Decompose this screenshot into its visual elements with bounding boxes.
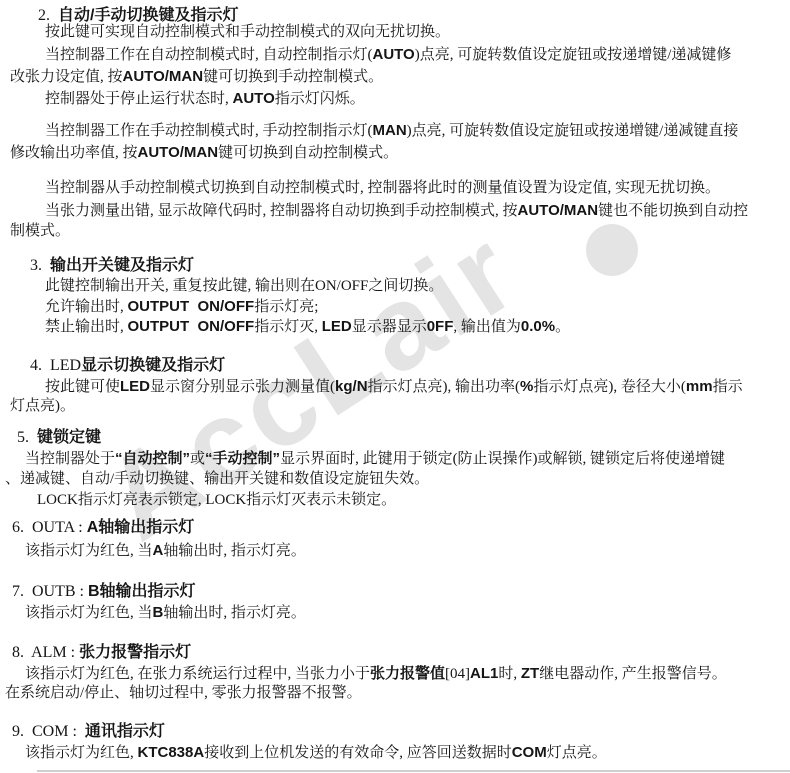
body-text: 3. <box>30 257 50 274</box>
body-text: 当控制器从手动控制模式切换到自动控制模式时, 控制器将此时的测量值设置为设定值,… <box>45 180 720 196</box>
body-text: 轴输出时, 指示灯亮。 <box>163 543 306 559</box>
body-text: 在系统启动/停止、轴切过程中, 零张力报警器不报警。 <box>5 685 362 701</box>
section-4-heading: 4. LED显示切换键及指示灯 <box>30 356 225 375</box>
emphasis-text: 输出开关键及指示灯 <box>50 257 194 274</box>
body-text: 此键控制输出开关, 重复按此键, 输出则在ON/OFF之间切换。 <box>45 278 443 294</box>
emphasis-text: 0.0% <box>521 318 555 335</box>
body-text: 指示 <box>713 379 743 395</box>
emphasis-text: COM <box>512 744 547 761</box>
body-text: 该指示灯为红色, 在张力系统运行过程中, 当张力小于 <box>25 666 370 682</box>
body-text: 显示器显示 <box>352 319 427 335</box>
body-text: 当控制器工作在手动控制模式时, 手动控制指示灯( <box>45 123 373 139</box>
emphasis-text: A轴输出指示灯 <box>87 519 195 536</box>
emphasis-text: “手动控制” <box>205 450 280 467</box>
body-text: 键也不能切换到自动控 <box>598 203 748 219</box>
section-3-line-1: 此键控制输出开关, 重复按此键, 输出则在ON/OFF之间切换。 <box>45 277 443 296</box>
emphasis-text: AUTO <box>233 90 275 107</box>
body-text: 。 <box>555 319 570 335</box>
body-text: 当控制器工作在自动控制模式时, 自动控制指示灯( <box>45 47 373 63</box>
body-text: 显示窗分别显示张力测量值( <box>150 379 335 395</box>
body-text: 制模式。 <box>10 223 70 239</box>
emphasis-text: OUTPUT ON/OFF <box>128 298 255 315</box>
emphasis-text: AL1 <box>470 665 498 682</box>
body-text: 禁止输出时, <box>45 319 128 335</box>
body-text: 指示灯点亮), 输出功率( <box>368 379 521 395</box>
emphasis-text: AUTO/MAN <box>518 202 599 219</box>
section-2-line-8: 当张力测量出错, 显示故障代码时, 控制器将自动切换到手动控制模式, 按AUTO… <box>45 201 748 221</box>
body-text: 按此键可实现自动控制模式和手动控制模式的双向无扰切换。 <box>45 24 450 40</box>
body-text: 8. ALM : <box>12 644 79 661</box>
body-text: )点亮, 可旋转数值设定旋钮或按递增键/递减键修 <box>415 47 732 63</box>
body-text: 当控制器处于 <box>25 451 115 467</box>
section-8-heading: 8. ALM : 张力报警指示灯 <box>12 643 191 662</box>
emphasis-text: 通讯指示灯 <box>85 723 165 740</box>
body-text: 改张力设定值, 按 <box>10 69 123 85</box>
body-text: 该指示灯为红色, 当 <box>25 543 153 559</box>
section-6-line-1: 该指示灯为红色, 当A轴输出时, 指示灯亮。 <box>25 541 306 561</box>
emphasis-text: A <box>153 542 164 559</box>
body-text: 该指示灯为红色, <box>25 745 138 761</box>
body-text: 接收到上位机发送的有效命令, 应答回送数据时 <box>204 745 512 761</box>
section-9-line-1: 该指示灯为红色, KTC838A接收到上位机发送的有效命令, 应答回送数据时CO… <box>25 743 607 763</box>
section-8-line-2: 在系统启动/停止、轴切过程中, 零张力报警器不报警。 <box>5 684 362 703</box>
emphasis-text: AUTO/MAN <box>123 68 204 85</box>
body-text: 9. COM : <box>12 723 85 740</box>
section-2-line-3: 改张力设定值, 按AUTO/MAN键可切换到手动控制模式。 <box>10 67 383 87</box>
body-text: [04] <box>445 666 470 682</box>
section-3-heading: 3. 输出开关键及指示灯 <box>30 256 194 275</box>
emphasis-text: 张力报警值 <box>370 665 445 682</box>
body-text: 按此键可使 <box>45 379 120 395</box>
section-6-heading: 6. OUTA : A轴输出指示灯 <box>12 518 194 537</box>
emphasis-text: MAN <box>373 122 407 139</box>
section-5-line-1: 当控制器处于“自动控制”或“手动控制”显示界面时, 此键用于锁定(防止误操作)或… <box>25 449 725 469</box>
section-4-line-2: 灯点亮)。 <box>10 397 75 416</box>
emphasis-text: AUTO <box>373 46 415 63</box>
section-7-heading: 7. OUTB : B轴输出指示灯 <box>12 582 196 601</box>
section-2-line-9: 制模式。 <box>10 222 70 241</box>
body-text: 灯点亮。 <box>547 745 607 761</box>
body-text: 7. OUTB : <box>12 583 88 600</box>
emphasis-text: KTC838A <box>138 744 205 761</box>
emphasis-text: 键锁定键 <box>37 429 101 446</box>
section-7-line-1: 该指示灯为红色, 当B轴输出时, 指示灯亮。 <box>25 603 306 623</box>
emphasis-text: AUTO/MAN <box>138 144 219 161</box>
body-text: 5. <box>17 429 37 446</box>
emphasis-text: LED <box>120 378 150 395</box>
section-2-line-2: 当控制器工作在自动控制模式时, 自动控制指示灯(AUTO)点亮, 可旋转数值设定… <box>45 45 731 65</box>
section-5-line-3: LOCK指示灯亮表示锁定, LOCK指示灯灭表示未锁定。 <box>37 491 396 510</box>
section-2-line-7: 当控制器从手动控制模式切换到自动控制模式时, 控制器将此时的测量值设置为设定值,… <box>45 179 720 198</box>
body-text: 当张力测量出错, 显示故障代码时, 控制器将自动切换到手动控制模式, 按 <box>45 203 518 219</box>
body-text: 时, <box>498 666 521 682</box>
body-text: LOCK指示灯亮表示锁定, LOCK指示灯灭表示未锁定。 <box>37 492 396 508</box>
section-2-line-5: 当控制器工作在手动控制模式时, 手动控制指示灯(MAN)点亮, 可旋转数值设定旋… <box>45 121 738 141</box>
page-bottom-rule <box>37 770 790 772</box>
body-text: 该指示灯为红色, 当 <box>25 605 153 621</box>
body-text: 键可切换到手动控制模式。 <box>203 69 383 85</box>
section-3-line-2: 允许输出时, OUTPUT ON/OFF指示灯亮; <box>45 297 318 317</box>
body-text: 或 <box>190 451 205 467</box>
section-3-line-3: 禁止输出时, OUTPUT ON/OFF指示灯灭, LED显示器显示0FF, 输… <box>45 317 570 337</box>
section-9-heading: 9. COM : 通讯指示灯 <box>12 722 165 741</box>
body-text: 指示灯点亮), 卷径大小( <box>533 379 686 395</box>
body-text: , 输出值为 <box>453 319 521 335</box>
body-text: 6. OUTA : <box>12 519 87 536</box>
section-2-line-6: 修改输出功率值, 按AUTO/MAN键可切换到自动控制模式。 <box>10 143 398 163</box>
section-4-line-1: 按此键可使LED显示窗分别显示张力测量值(kg/N指示灯点亮), 输出功率(%指… <box>45 377 743 397</box>
body-text: 显示界面时, 此键用于锁定(防止误操作)或解锁, 键锁定后将使递增键 <box>280 451 725 467</box>
emphasis-text: 0FF <box>427 318 454 335</box>
body-text: 控制器处于停止运行状态时, <box>45 91 233 107</box>
emphasis-text: ZT <box>521 665 539 682</box>
manual-document-page: AccLair 2. 自动/手动切换键及指示灯按此键可实现自动控制模式和手动控制… <box>0 0 790 773</box>
body-text: 轴输出时, 指示灯亮。 <box>163 605 306 621</box>
emphasis-text: 自动/手动切换键及指示灯 <box>58 7 238 24</box>
body-text: 指示灯亮; <box>254 299 318 315</box>
watermark-dot-icon <box>586 224 638 276</box>
section-2-line-1: 按此键可实现自动控制模式和手动控制模式的双向无扰切换。 <box>45 23 450 42</box>
body-text: 继电器动作, 产生报警信号。 <box>539 666 727 682</box>
emphasis-text: LED <box>322 318 352 335</box>
emphasis-text: % <box>520 378 533 395</box>
body-text: 指示灯闪烁。 <box>275 91 365 107</box>
body-text: 键可切换到自动控制模式。 <box>218 145 398 161</box>
emphasis-text: B <box>153 604 164 621</box>
body-text: 4. LED <box>30 357 81 374</box>
section-5-heading: 5. 键锁定键 <box>17 428 101 447</box>
body-text: 灯点亮)。 <box>10 398 75 414</box>
emphasis-text: mm <box>686 378 713 395</box>
section-8-line-1: 该指示灯为红色, 在张力系统运行过程中, 当张力小于张力报警值[04]AL1时,… <box>25 664 727 684</box>
emphasis-text: “自动控制” <box>115 450 190 467</box>
body-text: 修改输出功率值, 按 <box>10 145 138 161</box>
body-text: 、递减键、自动/手动切换键、输出开关键和数值设定旋钮失效。 <box>5 471 429 487</box>
body-text: 允许输出时, <box>45 299 128 315</box>
emphasis-text: kg/N <box>335 378 368 395</box>
section-2-line-4: 控制器处于停止运行状态时, AUTO指示灯闪烁。 <box>45 89 365 109</box>
section-5-line-2: 、递减键、自动/手动切换键、输出开关键和数值设定旋钮失效。 <box>5 470 429 489</box>
body-text: )点亮, 可旋转数值设定旋钮或按递增键/递减键直接 <box>407 123 739 139</box>
body-text: 指示灯灭, <box>254 319 322 335</box>
body-text: 2. <box>38 7 58 24</box>
emphasis-text: B轴输出指示灯 <box>88 583 196 600</box>
emphasis-text: 张力报警指示灯 <box>79 644 191 661</box>
emphasis-text: OUTPUT ON/OFF <box>128 318 255 335</box>
emphasis-text: 显示切换键及指示灯 <box>81 357 225 374</box>
